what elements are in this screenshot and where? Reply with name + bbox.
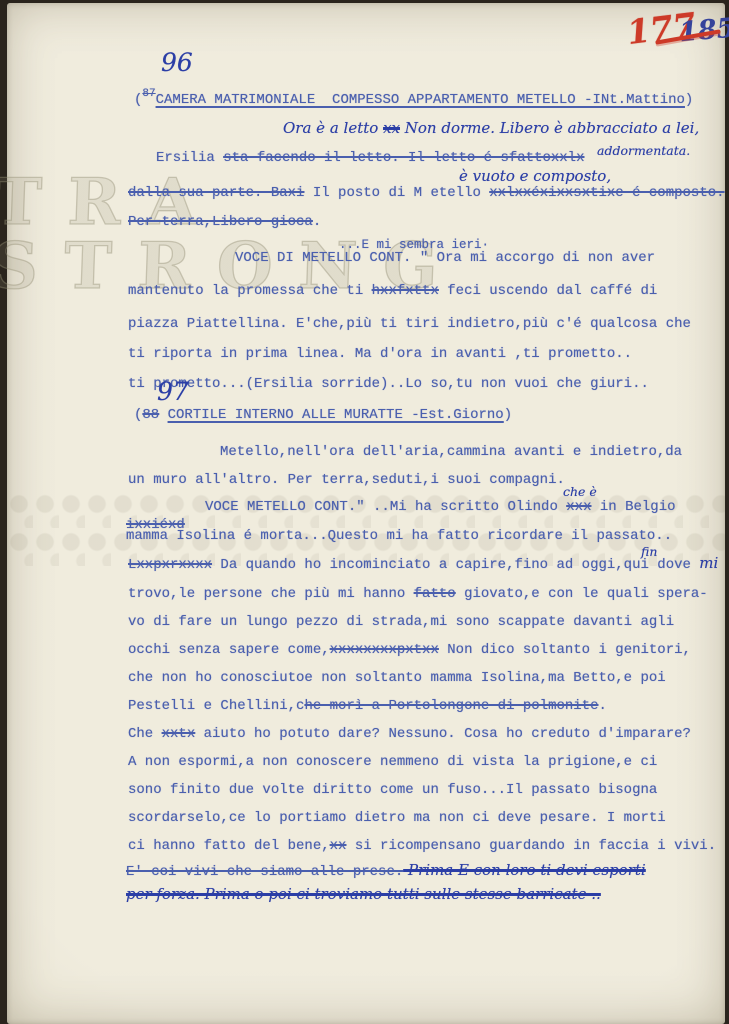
text-line: Metello,nell'ora dell'aria,cammina avant…: [220, 443, 682, 460]
text-line: (87CAMERA MATRIMONIALE COMPESSO APPARTAM…: [134, 89, 693, 108]
text-line: Pestelli e Chellini,che morì a Portolong…: [128, 697, 607, 714]
typed-strikethrough-text: xxxxxxxxpxtxx: [330, 642, 439, 658]
text-line: Che xxtx aiuto ho potuto dare? Nessuno. …: [128, 725, 691, 742]
typed-underlined-heading: CORTILE INTERNO ALLE MURATTE -Est.Giorno: [168, 407, 504, 423]
text-line: per forza. Prima o poi ci troviamo tutti…: [126, 887, 601, 904]
handwritten-annotation: è vuoto e composto,: [459, 167, 611, 185]
typed-text: un muro all'altro. Per terra,seduti,i su…: [128, 472, 565, 488]
typed-text: ): [685, 92, 693, 108]
text-line: VOCE DI METELLO CONT. " Ora mi accorgo d…: [235, 249, 655, 266]
typed-text: Che: [128, 726, 162, 742]
handwritten-strikethrough: per forza. Prima o poi ci troviamo tutti…: [126, 885, 601, 903]
text-line: vo di fare un lungo pezzo di strada,mi s…: [128, 613, 674, 630]
typed-strikethrough-text: sta facendo il letto. Il letto é sfattox…: [223, 150, 584, 166]
handwritten-annotation: Non dorme. Libero è abbracciato a lei,: [400, 119, 699, 137]
text-line: Lxxpxrxxxx Da quando ho incominciato a c…: [128, 556, 718, 573]
handwritten-scene-number: 97: [157, 377, 189, 406]
typed-text: Metello,nell'ora dell'aria,cammina avant…: [220, 444, 682, 460]
text-line: che non ho conosciutoe non soltanto mamm…: [128, 669, 666, 686]
typed-text: ti riporta in prima linea. Ma d'ora in a…: [128, 346, 632, 362]
page-number-old-struck: 185: [678, 13, 729, 49]
typed-strikethrough-text: Per terra,Libero gioca: [128, 214, 313, 230]
text-line: ti prometto...(Ersilia sorride)..Lo so,t…: [128, 375, 649, 392]
typed-text: VOCE METELLO CONT." ..Mi ha scritto Olin…: [205, 499, 566, 515]
text-line: ci hanno fatto del bene,xx si ricompensa…: [128, 837, 716, 854]
typed-strikethrough-text: dalla sua parte. Baxi: [128, 185, 304, 201]
typed-text: [159, 407, 167, 423]
typed-text: VOCE DI METELLO CONT. " Ora mi accorgo d…: [235, 250, 655, 266]
handwritten-strikethrough: Prima E con loro ti devi esporti: [403, 861, 645, 879]
typed-strikethrough-text: xxtx: [162, 726, 196, 742]
typed-text: vo di fare un lungo pezzo di strada,mi s…: [128, 614, 674, 630]
typed-text: che non ho conosciutoe non soltanto mamm…: [128, 670, 666, 686]
typed-text: A non espormi,a non conoscere nemmeno di…: [128, 754, 657, 770]
typed-text: Il posto di M etello: [304, 185, 489, 201]
text-line: (88 CORTILE INTERNO ALLE MURATTE -Est.Gi…: [134, 406, 512, 423]
text-line: ti riporta in prima linea. Ma d'ora in a…: [128, 345, 632, 362]
typed-text: .: [313, 214, 321, 230]
handwritten-scene-number: 96: [161, 48, 193, 77]
text-line: 97: [157, 379, 189, 405]
handwritten-interlinear-note: che è: [563, 484, 597, 499]
text-line: trovo,le persone che più mi hanno fatto …: [128, 585, 708, 602]
typed-strikethrough-text: fatto: [414, 586, 456, 602]
typed-strikethrough-text: hxxfxttx: [372, 283, 439, 299]
typed-text: trovo,le persone che più mi hanno: [128, 586, 414, 602]
typed-text: Pestelli e Chellini,c: [128, 698, 304, 714]
text-line: Per terra,Libero gioca.: [128, 213, 321, 230]
typed-text: mantenuto la promessa che ti: [128, 283, 372, 299]
text-line: mamma Isolina é morta...Questo mi ha fat…: [126, 527, 672, 544]
typed-struck-scene-number: 87: [142, 88, 155, 100]
typed-text: ti prometto...(Ersilia sorride)..Lo so,t…: [128, 376, 649, 392]
typed-text: feci uscendo dal caffé di: [439, 283, 657, 299]
text-line: Ersilia sta facendo il letto. Il letto é…: [156, 149, 584, 166]
typed-text: Da quando ho incominciato a capire,fino …: [212, 557, 699, 573]
typed-text: piazza Piattellina. E'che,più ti tiri in…: [128, 316, 691, 332]
text-line: sono finito due volte diritto come un fu…: [128, 781, 657, 798]
text-line: piazza Piattellina. E'che,più ti tiri in…: [128, 315, 691, 332]
text-line: A non espormi,a non conoscere nemmeno di…: [128, 753, 657, 770]
text-line: mantenuto la promessa che ti hxxfxttx fe…: [128, 282, 657, 299]
typed-strikethrough-text: xxlxxéxixxsxtixe é composto.: [489, 185, 724, 201]
manuscript-page: TRA STRONG 177 185 96(87CAMERA MATRIMONI…: [7, 3, 725, 1024]
typed-text: scordarselo,ce lo portiamo dietro ma non…: [128, 810, 666, 826]
handwritten-annotation: Ora è a letto: [283, 119, 383, 137]
typed-text: si ricompensano guardando in faccia i vi…: [346, 838, 716, 854]
typed-text: occhi senza sapere come,: [128, 642, 330, 658]
typed-strikethrough-text: E' coi vivi che siamo alle prese.: [126, 864, 403, 880]
handwritten-interlinear-note: addormentata.: [597, 143, 690, 158]
typed-strikethrough-text: xx: [330, 838, 347, 854]
typed-strikethrough-text: Lxxpxrxxxx: [128, 557, 212, 573]
typed-text: in Belgio: [591, 499, 675, 515]
typed-text: ): [504, 407, 512, 423]
typed-underlined-heading: CAMERA MATRIMONIALE COMPESSO APPARTAMENT…: [156, 92, 685, 108]
text-line: E' coi vivi che siamo alle prese. Prima …: [126, 863, 646, 880]
text-line: occhi senza sapere come,xxxxxxxxpxtxx No…: [128, 641, 691, 658]
typed-text: .: [599, 698, 607, 714]
typed-strikethrough-text: xxx: [566, 499, 591, 515]
typed-text: Ersilia: [156, 150, 223, 166]
text-line: 96: [161, 50, 193, 76]
typed-text: ci hanno fatto del bene,: [128, 838, 330, 854]
typed-text: mamma Isolina é morta...Questo mi ha fat…: [126, 528, 672, 544]
text-line: scordarselo,ce lo portiamo dietro ma non…: [128, 809, 666, 826]
handwritten-annotation: mi: [699, 554, 718, 572]
typed-text: Non dico soltanto i genitori,: [439, 642, 691, 658]
text-line: dalla sua parte. Baxi Il posto di M etel…: [128, 184, 725, 201]
typed-strikethrough-text: 88: [142, 407, 159, 423]
typed-text: sono finito due volte diritto come un fu…: [128, 782, 657, 798]
typed-strikethrough-text: he morì a Portolongone di polmonite: [304, 698, 598, 714]
typed-text: aiuto ho potuto dare? Nessuno. Cosa ho c…: [195, 726, 691, 742]
typed-text: giovato,e con le quali spera-: [456, 586, 708, 602]
text-line: un muro all'altro. Per terra,seduti,i su…: [128, 471, 565, 488]
text-line: Ora è a letto xx Non dorme. Libero è abb…: [283, 121, 699, 138]
text-line: addormentata.: [597, 143, 690, 160]
text-line: VOCE METELLO CONT." ..Mi ha scritto Olin…: [205, 498, 676, 515]
handwritten-strikethrough: xx: [383, 119, 400, 137]
